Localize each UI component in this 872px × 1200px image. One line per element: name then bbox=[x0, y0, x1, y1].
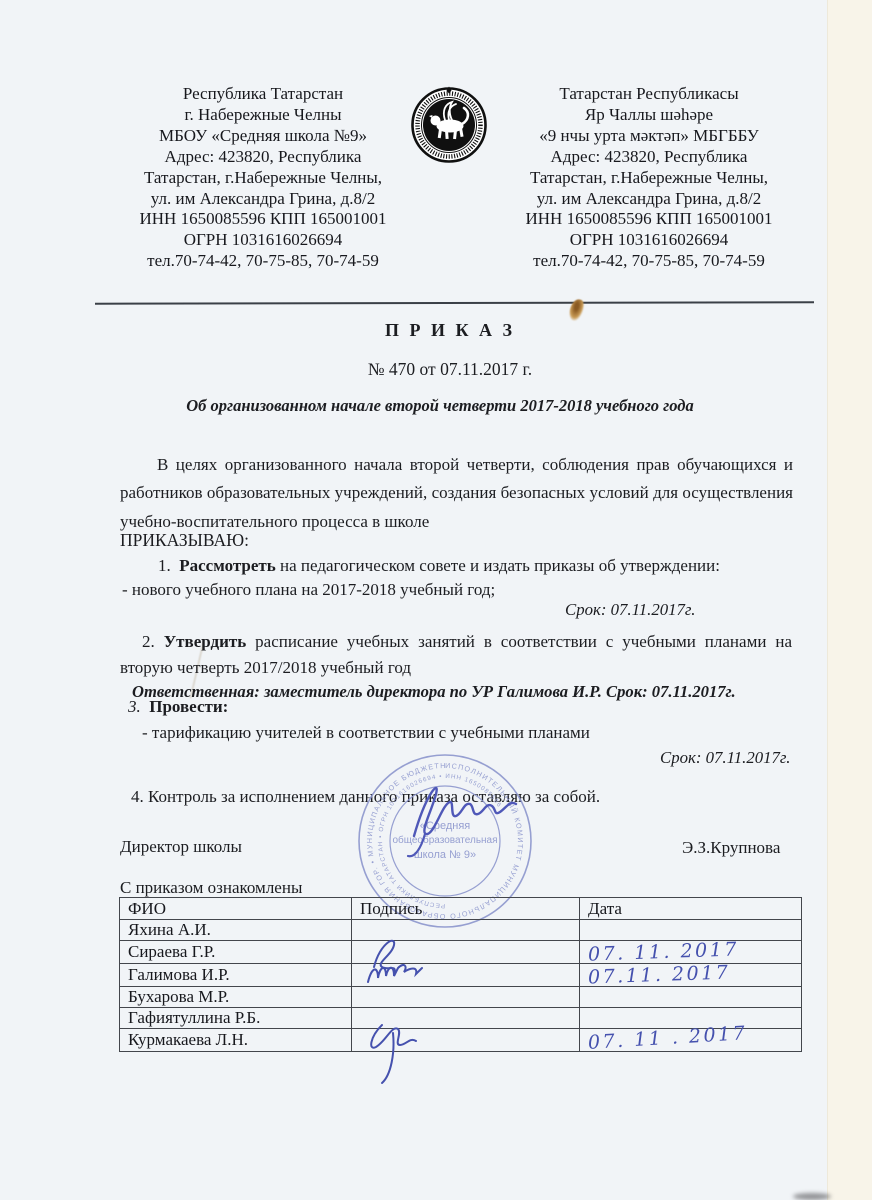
fio-cell: Галимова И.Р. bbox=[120, 964, 352, 987]
fio-cell: Сираева Г.Р. bbox=[120, 941, 352, 964]
org-line: Яр Чаллы шәһәре bbox=[494, 105, 804, 126]
fio-cell: Курмакаева Л.Н. bbox=[120, 1029, 352, 1052]
org-block-right: Татарстан Республикасы Яр Чаллы шәһәре «… bbox=[494, 84, 804, 272]
org-line: МБОУ «Средняя школа №9» bbox=[108, 126, 418, 147]
org-line: тел.70-74-42, 70-75-85, 70-74-59 bbox=[494, 251, 804, 272]
org-line: г. Набережные Челны bbox=[108, 105, 418, 126]
org-block-left: Республика Татарстан г. Набережные Челны… bbox=[108, 84, 418, 272]
acknowledgement-label: С приказом ознакомлены bbox=[120, 878, 302, 898]
order-subject: Об организованном начале второй четверти… bbox=[90, 396, 790, 416]
org-line: Татарстан Республикасы bbox=[494, 84, 804, 105]
table-row: Курмакаева Л.Н. 07. 11 . 2017 bbox=[120, 1029, 802, 1052]
header-signature: Подпись bbox=[352, 898, 580, 920]
signatures-table: ФИО Подпись Дата Яхина А.И. Сираева Г.Р.… bbox=[119, 897, 802, 1052]
scan-smudge bbox=[793, 1193, 831, 1200]
item-number: 3. bbox=[128, 697, 141, 716]
scanned-order-document: Республика Татарстан г. Набережные Челны… bbox=[0, 0, 872, 1200]
order-item-1-subitem: - нового учебного плана на 2017-2018 уче… bbox=[122, 580, 495, 600]
table-row: Бухарова М.Р. bbox=[120, 987, 802, 1008]
responsible-line: Ответственная: заместитель директора по … bbox=[132, 682, 794, 702]
header-fio: ФИО bbox=[120, 898, 352, 920]
item-verb: Рассмотреть bbox=[179, 556, 276, 575]
org-line: ИНН 1650085596 КПП 165001001 bbox=[494, 209, 804, 230]
table-row: Галимова И.Р. 07.11. 2017 bbox=[120, 964, 802, 987]
signature-cell bbox=[352, 987, 580, 1008]
signature-cell bbox=[352, 964, 580, 987]
order-item-3-subitem: - тарификацию учителей в соответствии с … bbox=[142, 723, 590, 743]
order-item-1: 1. Рассмотреть на педагогическом совете … bbox=[120, 556, 793, 576]
org-line: ОГРН 1031616026694 bbox=[494, 230, 804, 251]
org-line: Республика Татарстан bbox=[108, 84, 418, 105]
org-line: ул. им Александра Грина, д.8/2 bbox=[494, 189, 804, 210]
fio-cell: Бухарова М.Р. bbox=[120, 987, 352, 1008]
item-text: на педагогическом совете и издать приказ… bbox=[276, 556, 720, 575]
org-line: Татарстан, г.Набережные Челны, bbox=[108, 168, 418, 189]
date-cell: 07.11. 2017 bbox=[580, 964, 802, 987]
signature-cell bbox=[352, 920, 580, 941]
item-verb: Провести: bbox=[149, 697, 228, 716]
order-preamble: В целях организованного начала второй че… bbox=[120, 451, 793, 536]
signature-scrawl bbox=[364, 1017, 428, 1089]
director-name: Э.З.Крупнова bbox=[682, 838, 780, 858]
item-number: 2. bbox=[142, 632, 164, 651]
org-line: ул. им Александра Грина, д.8/2 bbox=[108, 189, 418, 210]
signature-cell bbox=[352, 1029, 580, 1052]
item-number: 1. bbox=[120, 556, 171, 575]
signature-cell bbox=[352, 1008, 580, 1029]
org-line: ОГРН 1031616026694 bbox=[108, 230, 418, 251]
deadline-3: Срок: 07.11.2017г. bbox=[660, 748, 790, 768]
table-row: Яхина А.И. bbox=[120, 920, 802, 941]
org-line: тел.70-74-42, 70-75-85, 70-74-59 bbox=[108, 251, 418, 272]
signature-cell bbox=[352, 941, 580, 964]
item-number: 4. bbox=[131, 787, 144, 806]
header-date: Дата bbox=[580, 898, 802, 920]
table-header-row: ФИО Подпись Дата bbox=[120, 898, 802, 920]
org-line: Адрес: 423820, Республика bbox=[108, 147, 418, 168]
fio-cell: Яхина А.И. bbox=[120, 920, 352, 941]
order-item-2: 2. Утвердить расписание учебных занятий … bbox=[120, 629, 792, 680]
item-verb: Утвердить bbox=[164, 632, 247, 651]
scan-edge-strip bbox=[827, 0, 872, 1200]
order-number-line: № 470 от 07.11.2017 г. bbox=[120, 359, 780, 380]
decree-word: ПРИКАЗЫВАЮ: bbox=[120, 530, 249, 551]
date-cell: 07. 11 . 2017 bbox=[580, 1029, 802, 1052]
org-line: Адрес: 423820, Республика bbox=[494, 147, 804, 168]
director-signature-scrawl bbox=[392, 772, 537, 864]
date-cell bbox=[580, 920, 802, 941]
order-item-3: 3. Провести: bbox=[128, 697, 228, 717]
director-role: Директор школы bbox=[120, 837, 242, 857]
org-line: ИНН 1650085596 КПП 165001001 bbox=[108, 209, 418, 230]
table-row: Сираева Г.Р. 07. 11. 2017 bbox=[120, 941, 802, 964]
date-cell bbox=[580, 987, 802, 1008]
header-divider-line bbox=[95, 301, 814, 305]
date-cell: 07. 11. 2017 bbox=[580, 941, 802, 964]
fio-cell: Гафиятуллина Р.Б. bbox=[120, 1008, 352, 1029]
org-line: «9 нчы урта мәктәп» МБГББУ bbox=[494, 126, 804, 147]
order-title: П Р И К А З bbox=[120, 320, 780, 341]
handwritten-date: 07.11. 2017 bbox=[588, 962, 731, 989]
org-line: Татарстан, г.Набережные Челны, bbox=[494, 168, 804, 189]
emblem-seal-icon bbox=[409, 85, 489, 165]
deadline-1: Срок: 07.11.2017г. bbox=[565, 600, 695, 620]
